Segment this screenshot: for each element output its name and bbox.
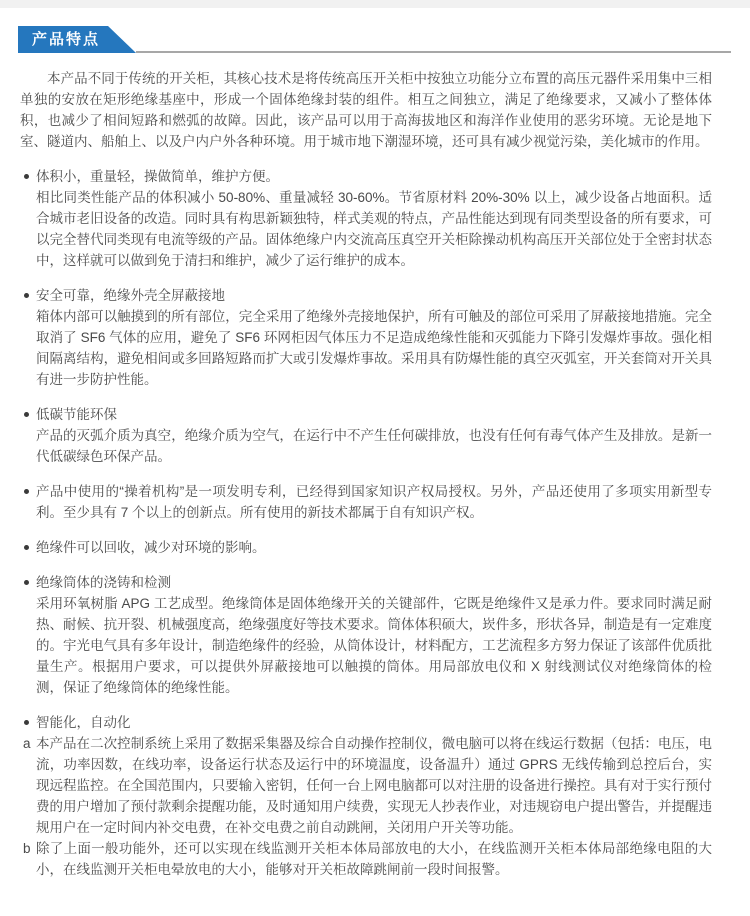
bullet-icon	[24, 545, 29, 550]
feature-title: 产品中使用的“操着机构”是一项发明专利，已经得到国家知识产权局授权。另外，产品还…	[36, 481, 712, 523]
feature-body: 相比同类性能产品的体积减小 50-80%、重量减轻 30-60%。节省原材料 2…	[36, 187, 712, 271]
section-header: 产品特点	[18, 26, 731, 53]
page-root: { "header": { "title": "产品特点" }, "intro"…	[0, 0, 750, 916]
section-title: 产品特点	[32, 31, 100, 48]
feature-title: 智能化，自动化	[36, 712, 712, 733]
sub-item-b: b 除了上面一般功能外，还可以实现在线监测开关柜本体局部放电的大小，在线监测开关…	[23, 838, 712, 880]
feature-title: 绝缘筒体的浇铸和检测	[36, 572, 712, 593]
feature-item-safety: 安全可靠，绝缘外壳全屏蔽接地 箱体内部可以触摸到的所有部位，完全采用了绝缘外壳接…	[20, 285, 712, 390]
bullet-icon	[24, 293, 29, 298]
feature-title: 体积小，重量轻，操做简单，维护方便。	[36, 166, 712, 187]
feature-item-size-weight: 体积小，重量轻，操做简单，维护方便。 相比同类性能产品的体积减小 50-80%、…	[20, 166, 712, 271]
content-area: 本产品不同于传统的开关柜，其核心技术是将传统高压开关柜中按独立功能分立布置的高压…	[0, 68, 750, 906]
feature-body: 箱体内部可以触摸到的所有部位，完全采用了绝缘外壳接地保护，所有可触及的部位可采用…	[36, 306, 712, 390]
section-title-banner: 产品特点	[18, 26, 136, 53]
feature-item-low-carbon: 低碳节能环保 产品的灭弧介质为真空，绝缘介质为空气，在运行中不产生任何碳排放，也…	[20, 404, 712, 467]
sub-item-text: 本产品在二次控制系统上采用了数据采集器及综合自动操作控制仪，微电脑可以将在线运行…	[36, 733, 712, 838]
bullet-icon	[24, 174, 29, 179]
sub-item-a: a 本产品在二次控制系统上采用了数据采集器及综合自动操作控制仪，微电脑可以将在线…	[23, 733, 712, 838]
bullet-icon	[24, 720, 29, 725]
sub-item-marker: a	[23, 733, 36, 838]
bullet-icon	[24, 580, 29, 585]
sub-item-marker: b	[23, 838, 36, 880]
feature-item-patent: 产品中使用的“操着机构”是一项发明专利，已经得到国家知识产权局授权。另外，产品还…	[20, 481, 712, 523]
header-rule	[136, 51, 731, 53]
bullet-icon	[24, 489, 29, 494]
feature-item-recyclable: 绝缘件可以回收，减少对环境的影响。	[20, 537, 712, 558]
sub-item-text: 除了上面一般功能外，还可以实现在线监测开关柜本体局部放电的大小，在线监测开关柜本…	[36, 838, 712, 880]
top-strip	[0, 0, 750, 8]
feature-body: 采用环氧树脂 APG 工艺成型。绝缘筒体是固体绝缘开关的关键部件，它既是绝缘件又…	[36, 593, 712, 698]
intro-paragraph: 本产品不同于传统的开关柜，其核心技术是将传统高压开关柜中按独立功能分立布置的高压…	[20, 68, 712, 152]
feature-item-smart-automation: 智能化，自动化 a 本产品在二次控制系统上采用了数据采集器及综合自动操作控制仪，…	[20, 712, 712, 880]
feature-title: 安全可靠，绝缘外壳全屏蔽接地	[36, 285, 712, 306]
feature-title: 绝缘件可以回收，减少对环境的影响。	[36, 537, 712, 558]
feature-title: 低碳节能环保	[36, 404, 712, 425]
feature-body: 产品的灭弧介质为真空，绝缘介质为空气，在运行中不产生任何碳排放，也没有任何有毒气…	[36, 425, 712, 467]
feature-item-casting-testing: 绝缘筒体的浇铸和检测 采用环氧树脂 APG 工艺成型。绝缘筒体是固体绝缘开关的关…	[20, 572, 712, 698]
bullet-icon	[24, 412, 29, 417]
